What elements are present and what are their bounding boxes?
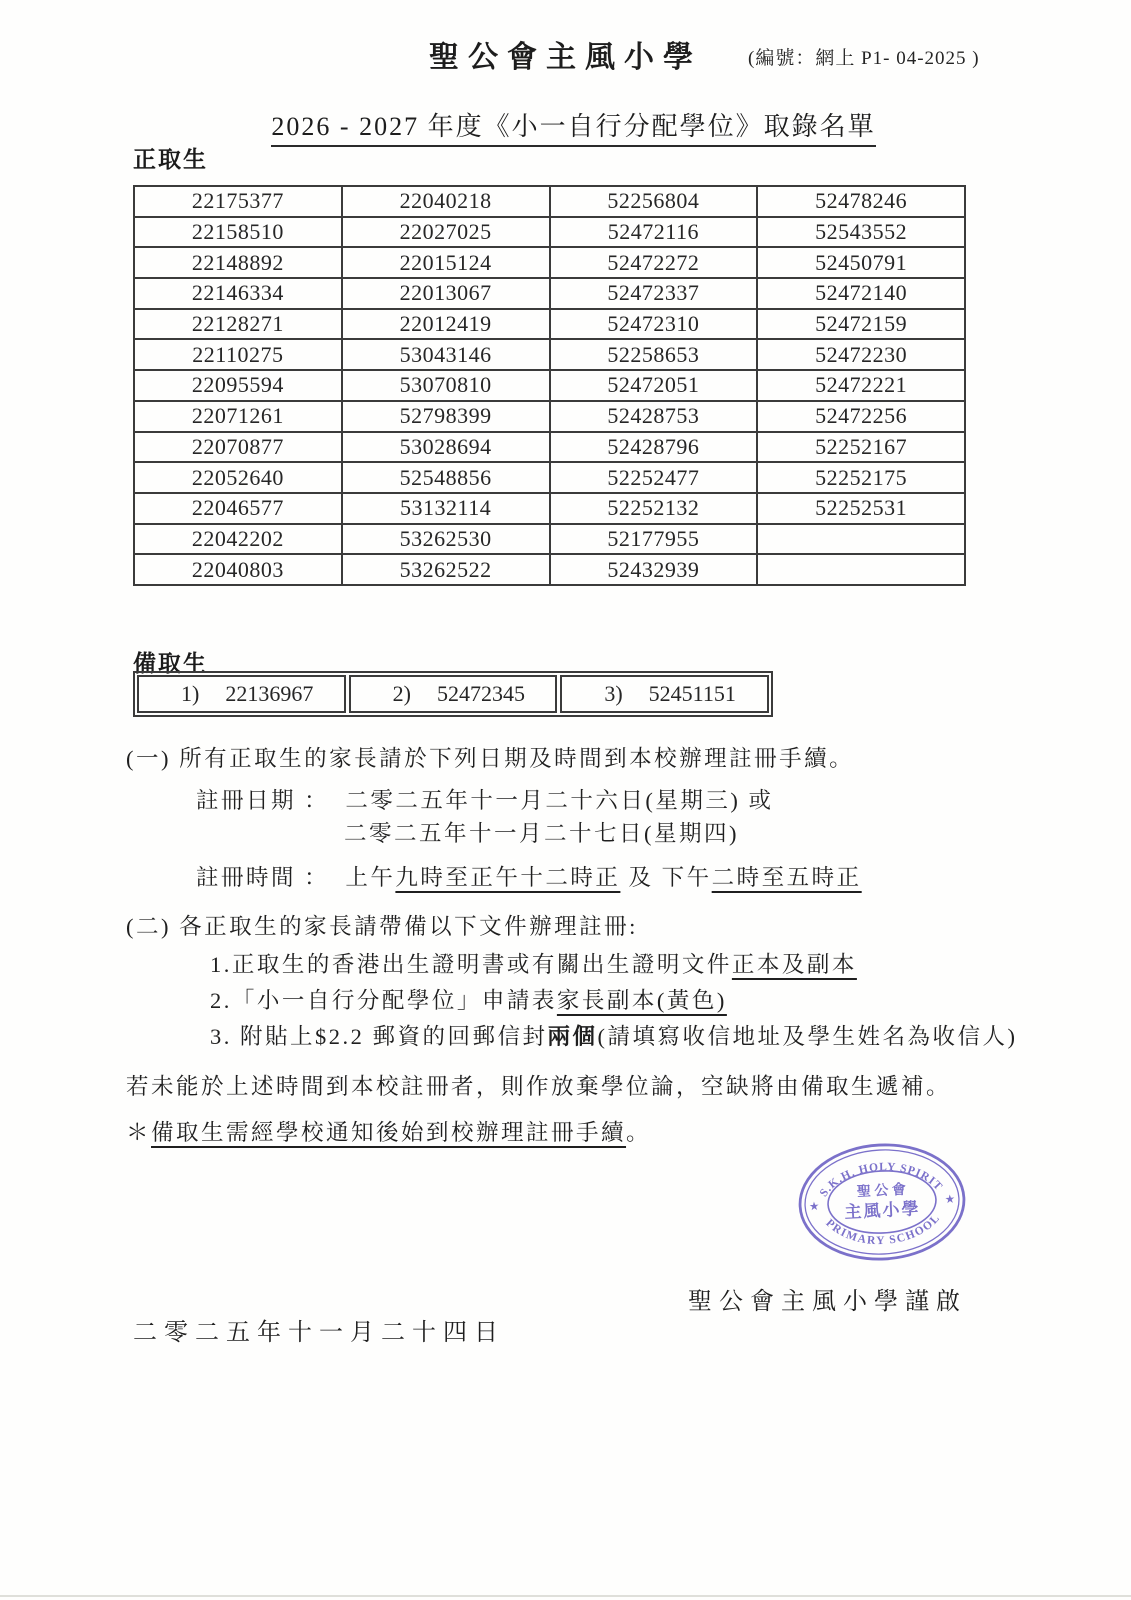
note-documents: (二) 各正取生的家長請帶備以下文件辦理註冊: [126, 909, 638, 941]
document-item-3-text: 3. 附貼上$2.2 郵資的回郵信封 [210, 1024, 548, 1049]
admitted-row: 22095594530708105247205152472221 [134, 370, 965, 401]
waitlist-cell: 1)22136967 [137, 675, 346, 713]
admitted-number: 22128271 [134, 309, 342, 340]
issue-date: 二零二五年十一月二十四日 [133, 1312, 505, 1347]
admitted-number: 53043146 [342, 339, 550, 370]
document-item-3: 3. 附貼上$2.2 郵資的回郵信封兩個(請填寫收信地址及學生姓名為收信人) [210, 1019, 1018, 1051]
admitted-table-body: 2217537722040218522568045247824622158510… [134, 186, 965, 585]
admitted-number: 52252477 [550, 462, 758, 493]
admitted-number: 52478246 [757, 186, 965, 217]
waitlist-number: 22136967 [225, 681, 313, 707]
admitted-number: 52472310 [550, 309, 758, 340]
waitlist-note: ＊備取生需經學校通知後始到校辦理註冊手續。 [126, 1115, 651, 1147]
admitted-row: 22046577531321145225213252252531 [134, 493, 965, 524]
registration-date-line2: 二零二五年十一月二十七日(星期四) [344, 816, 739, 848]
admitted-number: 52548856 [342, 462, 550, 493]
document-item-1: 1.正取生的香港出生證明書或有關出生證明文件正本及副本 [210, 947, 857, 979]
waitlist-rank: 1) [181, 681, 199, 707]
admitted-number: 22046577 [134, 493, 342, 524]
waitlist-number: 52472345 [437, 681, 525, 707]
admitted-number: 22042202 [134, 524, 342, 555]
admitted-number: 22012419 [342, 309, 550, 340]
reference-number: (編號：網上 P1- 04-2025 ) [748, 43, 980, 70]
admitted-number: 22110275 [134, 339, 342, 370]
admitted-table: 2217537722040218522568045247824622158510… [133, 185, 966, 586]
admitted-number: 53070810 [342, 370, 550, 401]
stamp-star-right-icon: ★ [945, 1194, 955, 1205]
document-item-3-rest: (請填寫收信地址及學生姓名為收信人) [598, 1024, 1018, 1049]
admitted-number: 22071261 [134, 401, 342, 432]
admitted-number: 52428796 [550, 432, 758, 463]
admitted-row: 22128271220124195247231052472159 [134, 309, 965, 340]
admitted-row: 22148892220151245247227252450791 [134, 247, 965, 278]
admitted-number: 52543552 [757, 217, 965, 248]
admitted-row: 22175377220402185225680452478246 [134, 186, 965, 217]
admitted-number: 52177955 [550, 524, 758, 555]
admitted-number: 52472221 [757, 370, 965, 401]
waitlist-note-underlined: 備取生需經學校通知後始到校辦理註冊手續 [151, 1120, 626, 1145]
admitted-number: 22015124 [342, 247, 550, 278]
admitted-number: 52472140 [757, 278, 965, 309]
admitted-number: 52472116 [550, 217, 758, 248]
admitted-number: 53262530 [342, 524, 550, 555]
admitted-number: 52432939 [550, 554, 758, 585]
document-title-text: 2026 - 2027 年度《小一自行分配學位》取錄名單 [271, 112, 875, 147]
admitted-number: 52472272 [550, 247, 758, 278]
document-item-2-underlined: 家長副本(黃色) [557, 988, 727, 1013]
admitted-number: 22095594 [134, 370, 342, 401]
stamp-star-left-icon: ★ [809, 1201, 819, 1212]
admitted-row: 22146334220130675247233752472140 [134, 278, 965, 309]
admitted-number: 22158510 [134, 217, 342, 248]
waitlist-number: 52451151 [649, 681, 736, 707]
document-item-1-text: 1.正取生的香港出生證明書或有關出生證明文件 [210, 952, 732, 977]
admitted-number: 22013067 [342, 278, 550, 309]
admitted-row: 22110275530431465225865352472230 [134, 339, 965, 370]
admitted-number: 52252175 [757, 462, 965, 493]
registration-time-afternoon: 二時至五時正 [712, 865, 862, 890]
admitted-number: 52258653 [550, 339, 758, 370]
waitlist-note-star: ＊ [126, 1120, 151, 1145]
admitted-row: 220408035326252252432939 [134, 554, 965, 585]
document-item-2-text: 2.「小一自行分配學位」申請表 [210, 988, 557, 1013]
admitted-number [757, 524, 965, 555]
signoff: 聖公會主風小學謹啟 [688, 1281, 967, 1316]
admitted-row: 22071261527983995242875352472256 [134, 401, 965, 432]
admitted-number: 52472159 [757, 309, 965, 340]
admitted-number: 53262522 [342, 554, 550, 585]
admitted-row: 220422025326253052177955 [134, 524, 965, 555]
admitted-number: 52252132 [550, 493, 758, 524]
waitlist-cell: 3)52451151 [560, 675, 769, 713]
document-item-2: 2.「小一自行分配學位」申請表家長副本(黃色) [210, 983, 727, 1015]
waitlist-cell: 2)52472345 [349, 675, 558, 713]
stamp-cn-line1: 聖 公 會 [856, 1181, 906, 1201]
admitted-section-label: 正取生 [133, 141, 208, 174]
document-page: 聖公會主風小學 (編號：網上 P1- 04-2025 ) 2026 - 2027… [0, 0, 1131, 1600]
registration-time-label: 註冊時間 ： 上午 [196, 865, 395, 890]
admitted-number: 52472337 [550, 278, 758, 309]
admitted-number: 53132114 [342, 493, 550, 524]
note-registration: (一) 所有正取生的家長請於下列日期及時間到本校辦理註冊手續。 [126, 741, 854, 773]
admitted-number: 52252531 [757, 493, 965, 524]
document-item-3-bold: 兩個 [548, 1024, 598, 1049]
admitted-number: 22052640 [134, 462, 342, 493]
admitted-row: 22052640525488565225247752252175 [134, 462, 965, 493]
document-item-1-underlined: 正本及副本 [732, 952, 857, 977]
admitted-number: 52472230 [757, 339, 965, 370]
registration-time-line: 註冊時間 ： 上午九時至正午十二時正 及 下午二時至五時正 [196, 860, 862, 892]
admitted-number [757, 554, 965, 585]
registration-time-morning: 九時至正午十二時正 [395, 865, 620, 890]
waitlist-rank: 2) [393, 681, 411, 707]
admitted-number: 22027025 [342, 217, 550, 248]
admitted-number: 52256804 [550, 186, 758, 217]
school-stamp: S.K.H. HOLY SPIRIT PRIMARY SCHOOL ★ ★ 聖 … [793, 1136, 971, 1269]
admitted-number: 22175377 [134, 186, 342, 217]
admitted-number: 53028694 [342, 432, 550, 463]
waitlist-note-period: 。 [626, 1120, 651, 1145]
waitlist-table: 1)221369672)524723453)52451151 [133, 671, 773, 717]
school-stamp-svg: S.K.H. HOLY SPIRIT PRIMARY SCHOOL ★ ★ 聖 … [793, 1136, 971, 1269]
admitted-number: 52798399 [342, 401, 550, 432]
registration-time-separator: 及 下午 [620, 865, 711, 890]
forfeit-note: 若未能於上述時間到本校註冊者，則作放棄學位論，空缺將由備取生遞補。 [126, 1069, 951, 1101]
admitted-number: 52428753 [550, 401, 758, 432]
scan-artifact-line [0, 1595, 1131, 1597]
waitlist-rank: 3) [604, 681, 622, 707]
admitted-number: 22040218 [342, 186, 550, 217]
registration-date-line1: 註冊日期 ： 二零二五年十一月二十六日(星期三) 或 [196, 783, 774, 815]
admitted-number: 22148892 [134, 247, 342, 278]
admitted-row: 22158510220270255247211652543552 [134, 217, 965, 248]
admitted-number: 52252167 [757, 432, 965, 463]
admitted-number: 22146334 [134, 278, 342, 309]
admitted-number: 52472051 [550, 370, 758, 401]
admitted-number: 52472256 [757, 401, 965, 432]
stamp-cn-line2: 主風小學 [844, 1198, 921, 1222]
admitted-row: 22070877530286945242879652252167 [134, 432, 965, 463]
admitted-number: 52450791 [757, 247, 965, 278]
admitted-number: 22070877 [134, 432, 342, 463]
admitted-number: 22040803 [134, 554, 342, 585]
